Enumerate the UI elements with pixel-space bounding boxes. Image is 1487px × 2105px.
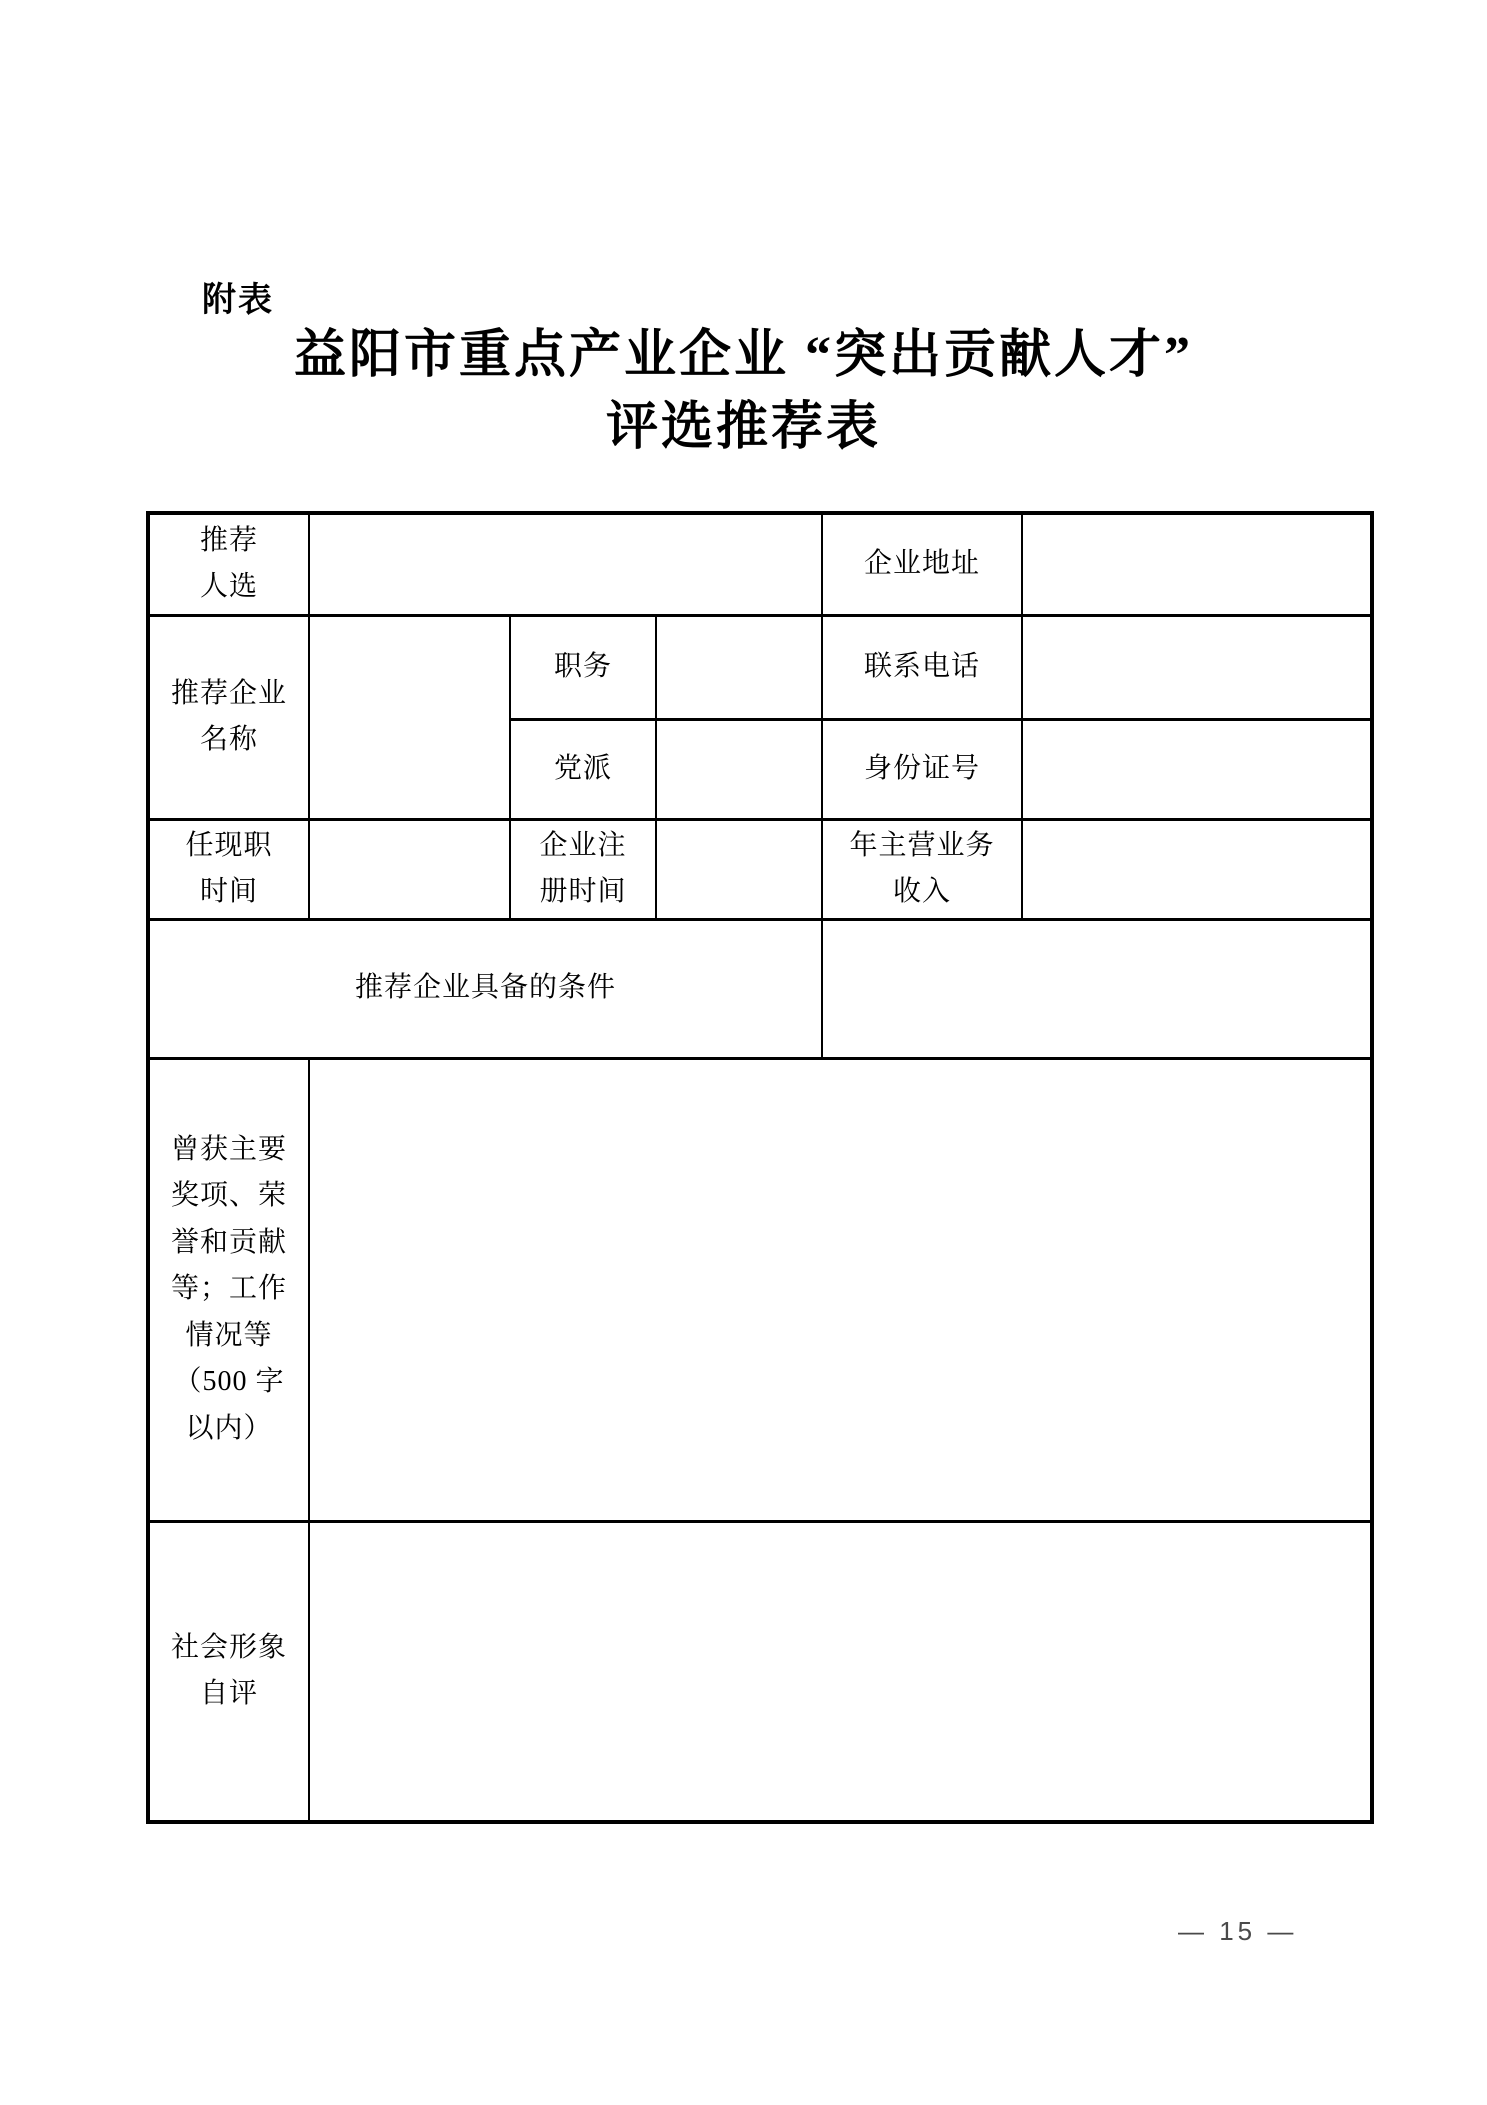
- revenue-label: 年主营业务 收入: [850, 823, 995, 916]
- conditions-input-cell: [822, 919, 1372, 1058]
- contact-phone-input-cell: [1022, 615, 1372, 719]
- tenure-input-cell: [309, 819, 510, 919]
- id-number-label: 身份证号: [864, 746, 980, 792]
- candidate-label-cell: 推荐 人选: [148, 513, 309, 615]
- id-number-input-cell: [1022, 719, 1372, 819]
- address-label-cell: 企业地址: [822, 513, 1022, 615]
- form-title-line1: 益阳市重点产业企业 “突出贡献人才”: [0, 320, 1487, 392]
- candidate-label: 推荐 人选: [200, 518, 258, 611]
- scanned-form-page: 附表 益阳市重点产业企业 “突出贡献人才” 评选推荐表 推荐 人选 企业地址: [0, 0, 1487, 2105]
- position-input-cell: [656, 615, 822, 719]
- position-label: 职务: [554, 644, 612, 690]
- row-company-position: 推荐企业 名称 职务 联系电话: [148, 615, 1372, 719]
- company-name-input-cell: [309, 615, 510, 819]
- party-label-cell: 党派: [510, 719, 656, 819]
- tenure-label: 任现职 时间: [185, 823, 272, 916]
- row-conditions: 推荐企业具备的条件: [148, 919, 1372, 1058]
- position-label-cell: 职务: [510, 615, 656, 719]
- conditions-label: 推荐企业具备的条件: [355, 965, 616, 1011]
- row-awards: 曾获主要 奖项、荣 誉和贡献 等；工作 情况等 （500 字 以内）: [148, 1058, 1372, 1521]
- self-assessment-input-cell: [309, 1521, 1372, 1822]
- row-candidate: 推荐 人选 企业地址: [148, 513, 1372, 615]
- candidate-input-cell: [309, 513, 822, 615]
- id-number-label-cell: 身份证号: [822, 719, 1022, 819]
- row-self-assessment: 社会形象 自评: [148, 1521, 1372, 1822]
- contact-phone-label: 联系电话: [864, 644, 980, 690]
- party-input-cell: [656, 719, 822, 819]
- tenure-label-cell: 任现职 时间: [148, 819, 309, 919]
- awards-input-cell: [309, 1058, 1372, 1521]
- attachment-label: 附表: [202, 272, 274, 321]
- registration-label-cell: 企业注 册时间: [510, 819, 656, 919]
- revenue-input-cell: [1022, 819, 1372, 919]
- address-label: 企业地址: [864, 541, 980, 587]
- self-assessment-label: 社会形象 自评: [171, 1625, 287, 1718]
- conditions-label-cell: 推荐企业具备的条件: [148, 919, 822, 1058]
- company-name-label-cell: 推荐企业 名称: [148, 615, 309, 819]
- page-number: — 15 —: [1178, 1916, 1297, 1947]
- company-name-label: 推荐企业 名称: [171, 671, 287, 764]
- party-label: 党派: [554, 746, 612, 792]
- address-input-cell: [1022, 513, 1372, 615]
- recommendation-form-table: 推荐 人选 企业地址 推荐企业 名称 职务 联系电话: [146, 511, 1374, 1824]
- contact-phone-label-cell: 联系电话: [822, 615, 1022, 719]
- row-tenure-registration-revenue: 任现职 时间 企业注 册时间 年主营业务 收入: [148, 819, 1372, 919]
- awards-label-cell: 曾获主要 奖项、荣 誉和贡献 等；工作 情况等 （500 字 以内）: [148, 1058, 309, 1521]
- awards-label: 曾获主要 奖项、荣 誉和贡献 等；工作 情况等 （500 字 以内）: [171, 1127, 287, 1452]
- form-title: 益阳市重点产业企业 “突出贡献人才” 评选推荐表: [0, 320, 1487, 464]
- registration-input-cell: [656, 819, 822, 919]
- registration-label: 企业注 册时间: [539, 823, 626, 916]
- self-assessment-label-cell: 社会形象 自评: [148, 1521, 309, 1822]
- revenue-label-cell: 年主营业务 收入: [822, 819, 1022, 919]
- form-title-line2: 评选推荐表: [0, 392, 1487, 464]
